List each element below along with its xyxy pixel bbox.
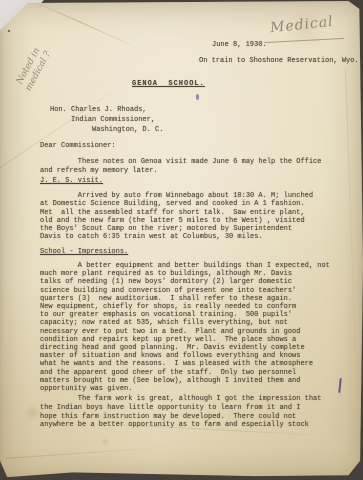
paper-crease [6,446,176,459]
impressions-paragraph: A better equipment and better buildings … [40,262,330,393]
section-heading-impressions: School - Impressions. [40,248,128,256]
handwritten-margin-note: Noted in medical ? [2,21,66,116]
paper-speck [8,30,10,32]
paper-crease [345,70,356,370]
farm-work-paragraph: The farm work is great, although I got t… [40,395,321,430]
scanned-document-background: Medical Noted in medical ? June 8, 1930.… [0,0,363,480]
intro-paragraph: These notes on Genoa visit made June 6 m… [40,158,321,176]
pencil-underline [264,38,344,43]
date-line: June 8, 1930. [212,41,267,49]
visit-paragraph: Arrived by auto from Winnebago about 10:… [40,192,313,242]
salutation: Dear Commissioner: [40,142,116,150]
handwritten-note-medical: Medical [269,14,334,37]
pen-check-mark [338,378,342,393]
ink-speck [196,94,199,100]
location-line: On train to Shoshone Reservation, Wyo. [199,57,359,65]
section-heading-visit: J. E. S. visit. [40,177,103,185]
letter-title: GENOA SCHOOL. [132,80,205,88]
recipient-address: Hon. Charles J. Rhoads, Indian Commissio… [50,106,163,135]
letter-page: Medical Noted in medical ? June 8, 1930.… [0,0,363,480]
